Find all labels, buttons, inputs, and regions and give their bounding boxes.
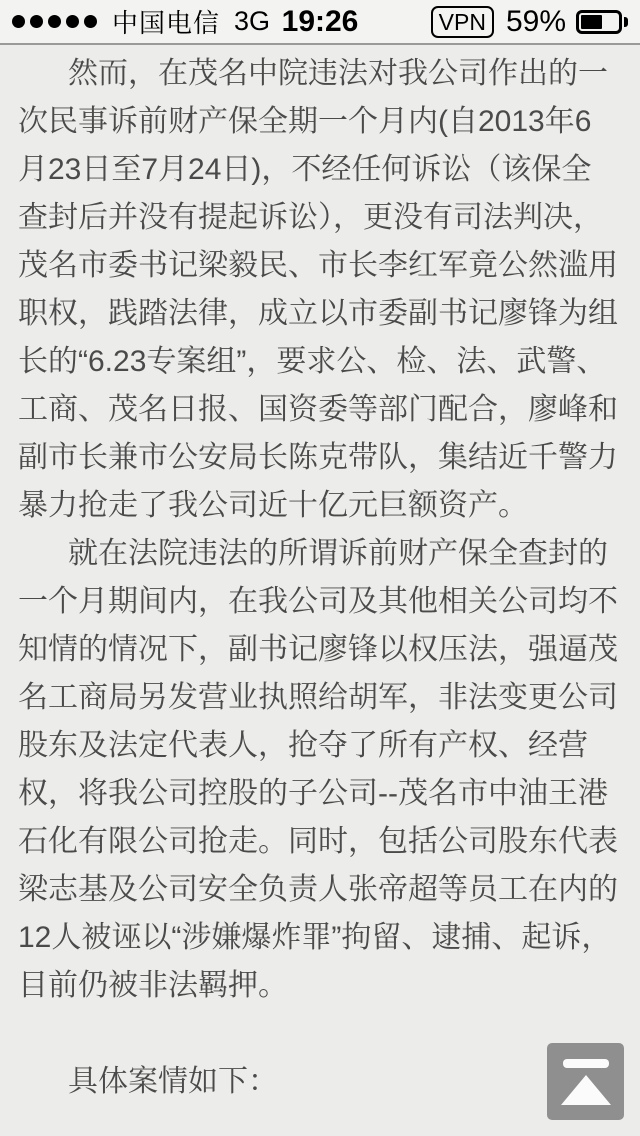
signal-dot <box>84 15 97 28</box>
paragraph-1: 然而，在茂名中院违法对我公司作出的一 次民事诉前财产保全期一个月内(自2013年… <box>18 50 622 530</box>
battery-percent-label: 59% <box>506 5 566 39</box>
battery-icon <box>576 10 628 34</box>
vpn-badge: VPN <box>431 6 494 38</box>
back-to-top-icon-bar <box>563 1059 609 1068</box>
back-to-top-icon-arrow <box>561 1075 611 1105</box>
paragraph-3: 具体案情如下： <box>18 1058 622 1106</box>
signal-dot <box>48 15 61 28</box>
paragraph-2: 就在法院违法的所谓诉前财产保全查封的 一个月期间内，在我公司及其他相关公司均不 … <box>18 530 622 1010</box>
signal-dot <box>30 15 43 28</box>
signal-dot <box>12 15 25 28</box>
scroll-to-top-button[interactable] <box>547 1043 624 1120</box>
status-bar-left: 中国电信 3G <box>12 3 270 40</box>
back-to-top-icon <box>561 1059 611 1105</box>
clock: 19:26 <box>282 5 359 39</box>
status-bar-right: VPN 59% <box>431 5 628 39</box>
network-type-label: 3G <box>234 6 270 37</box>
carrier-label: 中国电信 <box>112 3 220 40</box>
phone-screen: 中国电信 3G 19:26 VPN 59% 然而，在茂名中院违法对我公司作出的一… <box>0 0 640 1136</box>
battery-fill <box>581 15 602 29</box>
signal-dot <box>66 15 79 28</box>
status-bar: 中国电信 3G 19:26 VPN 59% <box>0 0 640 45</box>
battery-nub <box>624 17 628 27</box>
article-content: 然而，在茂名中院违法对我公司作出的一 次民事诉前财产保全期一个月内(自2013年… <box>0 45 640 1106</box>
battery-body <box>576 10 622 34</box>
signal-strength-icon <box>12 15 102 28</box>
